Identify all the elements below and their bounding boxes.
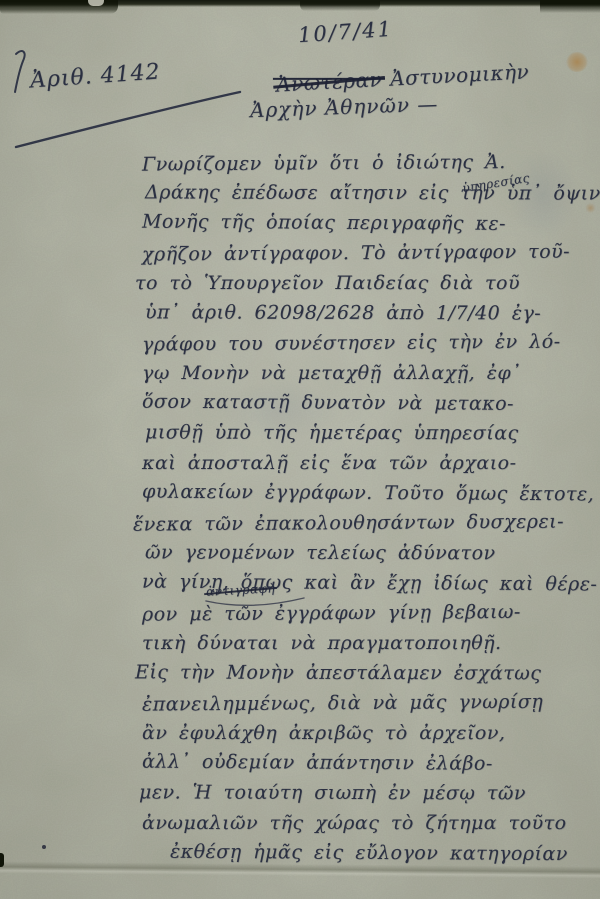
handwritten-line: ἀλλ᾽ οὐδεμίαν ἀπάντησιν ἐλάβο-	[142, 747, 600, 780]
handwritten-line: ἕνεκα τῶν ἐπακολουθησάντων δυσχερει-	[133, 506, 600, 539]
handwritten-line: Μονῆς τῆς ὁποίας περιγραφῆς κε-	[142, 207, 600, 240]
date-header: 10/7/41	[297, 17, 393, 48]
handwritten-line: γῳ Μονὴν νὰ μεταχθῇ ἀλλαχῇ, ἐφ᾽	[142, 358, 600, 388]
handwritten-line: ἀνωμαλιῶν τῆς χώρας τὸ ζήτημα τοῦτο	[142, 808, 600, 838]
struck-word: Ἀνωτέραν	[276, 67, 383, 97]
scan-edge-smudge	[300, 0, 380, 11]
handwritten-line: χρῆζον ἀντίγραφον. Τὸ ἀντίγραφον τοῦ-	[142, 236, 600, 269]
handwritten-line: ῶν γενομένων τελείως ἀδύνατον	[145, 537, 600, 568]
handwritten-line: ρον μὲ τῶν ἐγγράφων γίνῃ βεβαιω-	[142, 596, 600, 629]
handwritten-line: ὑπ᾽ ἀριθ. 62098/2628 ἀπὸ 1/7/40 ἐγ-	[145, 297, 600, 328]
diagonal-check-stroke	[16, 92, 240, 147]
handwritten-line: Εἰς τὴν Μονὴν ἀπεστάλαμεν ἐσχάτως	[135, 657, 600, 688]
age-stain	[566, 52, 588, 72]
ink-dot	[42, 845, 46, 849]
addressee-line-2: Ἀρχὴν Ἀθηνῶν —	[250, 92, 439, 123]
handwritten-line: γράφου του συνέστησεν εἰς τὴν ἐν λό-	[142, 326, 600, 359]
scan-top-edge	[0, 0, 600, 12]
handwritten-line: ὅσον καταστῇ δυνατὸν νὰ μετακο-	[142, 387, 600, 420]
edge-mark	[0, 853, 4, 867]
corner-tick-stroke	[15, 51, 25, 92]
handwritten-line: το τὸ Ὑπουργεῖον Παιδείας διὰ τοῦ	[135, 268, 600, 298]
handwritten-line: τικὴ δύναται νὰ πραγματοποιηθῇ.	[142, 628, 600, 658]
letter-body: Γνωρίζομεν ὑμῖν ὅτι ὁ ἰδιώτης Ἀ. Δράκης …	[142, 148, 600, 868]
handwritten-line: μεν. Ἡ τοιαύτη σιωπὴ ἐν μέσῳ τῶν	[139, 777, 600, 808]
scan-edge-smudge	[540, 0, 600, 13]
handwritten-line: Γνωρίζομεν ὑμῖν ὅτι ὁ ἰδιώτης Ἀ.	[142, 146, 600, 179]
handwritten-line: καὶ ἀποσταλῇ εἰς ἕνα τῶν ἀρχαιο-	[142, 448, 600, 478]
handwritten-line: ἂν ἐφυλάχθη ἀκριβῶς τὸ ἀρχεῖον,	[142, 718, 600, 748]
handwritten-line: φυλακείων ἐγγράφων. Τοῦτο ὅμως ἔκτοτε,	[142, 477, 600, 510]
addressee-authority: Ἀστυνομικὴν	[390, 59, 530, 90]
handwritten-line: μισθῇ ὑπὸ τῆς ἡμετέρας ὑπηρεσίας	[145, 417, 600, 448]
document-page: Ἀριθ. 4142 10/7/41 ἈνωτέρανἈστυνομικὴν Ἀ…	[0, 0, 600, 899]
protocol-number: Ἀριθ. 4142	[29, 59, 161, 93]
paper-tear	[88, 0, 104, 6]
handwritten-line: ἐπανειλημμένως, διὰ νὰ μᾶς γνωρίσῃ	[142, 686, 600, 719]
handwritten-line: νὰ γίνῃ, ὅπως καὶ ἂν ἔχῃ ἰδίως καὶ θέρε-	[142, 567, 600, 600]
handwritten-line: Δράκης ἐπέδωσε αἴτησιν εἰς τὴν ὑπ᾽ ὄψιν	[145, 177, 600, 208]
addressee-line-1: ἈνωτέρανἈστυνομικὴν	[276, 59, 530, 96]
